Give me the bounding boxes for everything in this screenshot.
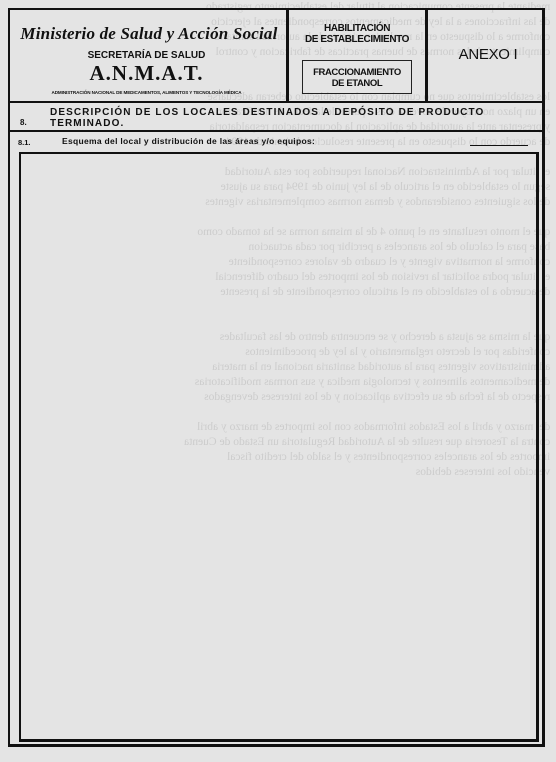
form-title-line2: DE ESTABLECIMIENTO: [289, 34, 425, 45]
annex-label: ANEXO I: [432, 46, 544, 63]
section-title: DESCRIPCIÓN DE LOS LOCALES DESTINADOS A …: [50, 107, 530, 129]
secretaria-label: SECRETARÍA DE SALUD: [10, 50, 283, 61]
header-divider: [10, 101, 545, 103]
subsection-fill-line: [470, 145, 528, 146]
section-divider: [10, 130, 545, 132]
category-box: FRACCIONAMIENTO DE ETANOL: [302, 60, 412, 94]
section-number: 8.: [20, 118, 27, 127]
agency-logo-text: A.N.M.A.T.: [10, 61, 283, 86]
category-line2: DE ETANOL: [303, 78, 411, 89]
form-title: HABILITACIÓN DE ESTABLECIMIENTO: [289, 23, 425, 45]
form-title-block: HABILITACIÓN DE ESTABLECIMIENTO FRACCION…: [286, 10, 428, 102]
category-line1: FRACCIONAMIENTO: [303, 67, 411, 78]
form-title-line1: HABILITACIÓN: [289, 23, 425, 34]
layout-diagram-area[interactable]: [19, 152, 539, 742]
ministry-header-block: Ministerio de Salud y Acción Social SECR…: [10, 10, 283, 102]
agency-full-name: ADMINISTRACIÓN NACIONAL DE MEDICAMENTOS,…: [20, 90, 273, 95]
subsection-title: Esquema del local y distribución de las …: [62, 136, 315, 146]
subsection-number: 8.1.: [18, 138, 31, 147]
ministry-name: Ministerio de Salud y Acción Social: [18, 24, 280, 44]
